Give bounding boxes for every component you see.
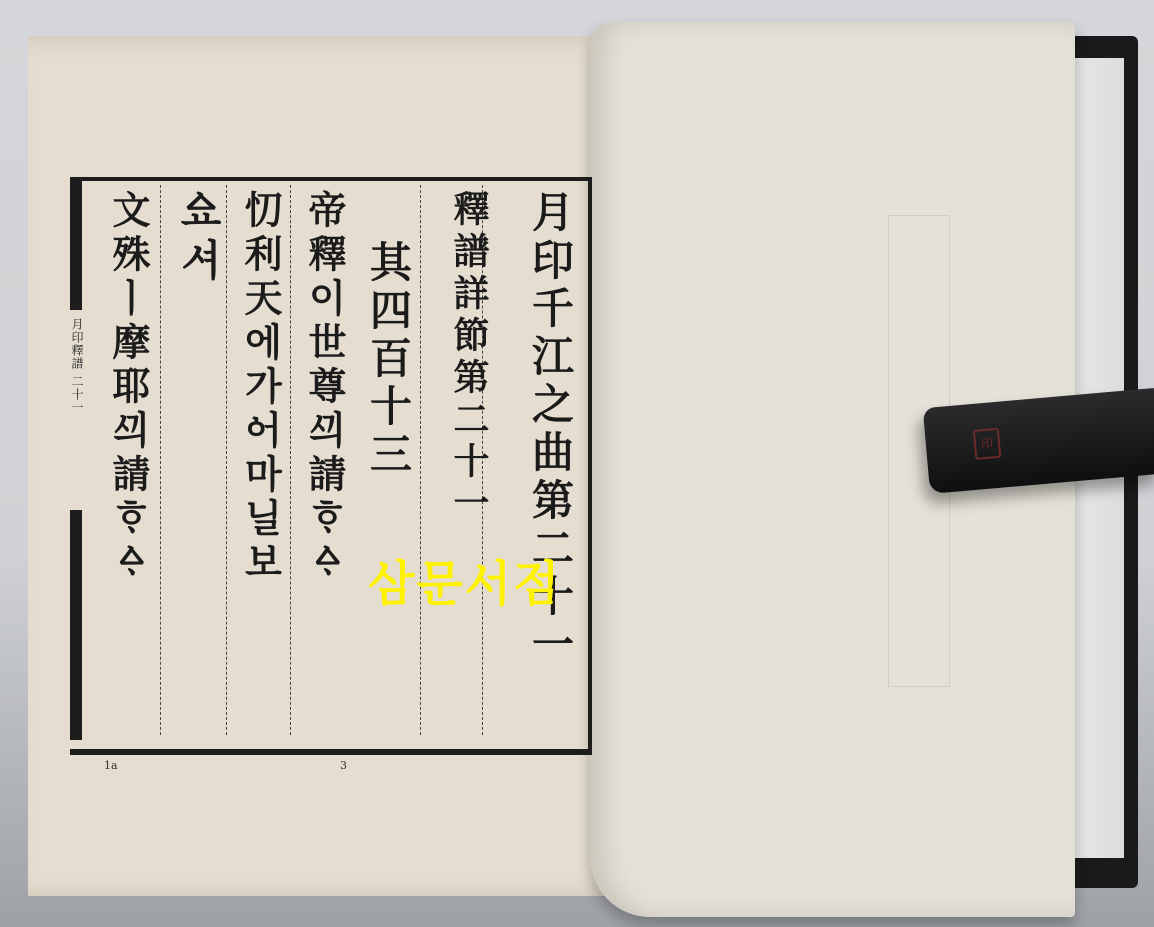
- seal-icon: 印: [973, 428, 1002, 460]
- column-rule: [226, 185, 227, 735]
- column-rule: [420, 185, 421, 735]
- text-column-6: ᅀᅭᄼᅧ: [170, 190, 226, 286]
- margin-title: 月印釋譜 二十一: [72, 318, 86, 414]
- column-rule: [290, 185, 291, 735]
- folio-left: 1a: [104, 759, 118, 772]
- watermark: 삼문서점: [368, 545, 561, 614]
- frame-left-bar: [70, 180, 82, 740]
- text-column-3: 其四百十三: [360, 240, 416, 480]
- text-column-4: 帝釋이世尊ᄭᅴ請ᄒᆞᅀᆞ: [296, 190, 352, 586]
- text-column-2: 釋譜詳節第二十一: [440, 190, 496, 526]
- text-column-5: 忉利天에가ᅌᅥ마닐보: [232, 190, 288, 586]
- folio-right: 3: [340, 759, 347, 772]
- text-column-7: 文殊ㅣ摩耶ᄭᅴ請ᄒᆞᅀᆞ: [100, 190, 156, 586]
- column-rule: [160, 185, 161, 735]
